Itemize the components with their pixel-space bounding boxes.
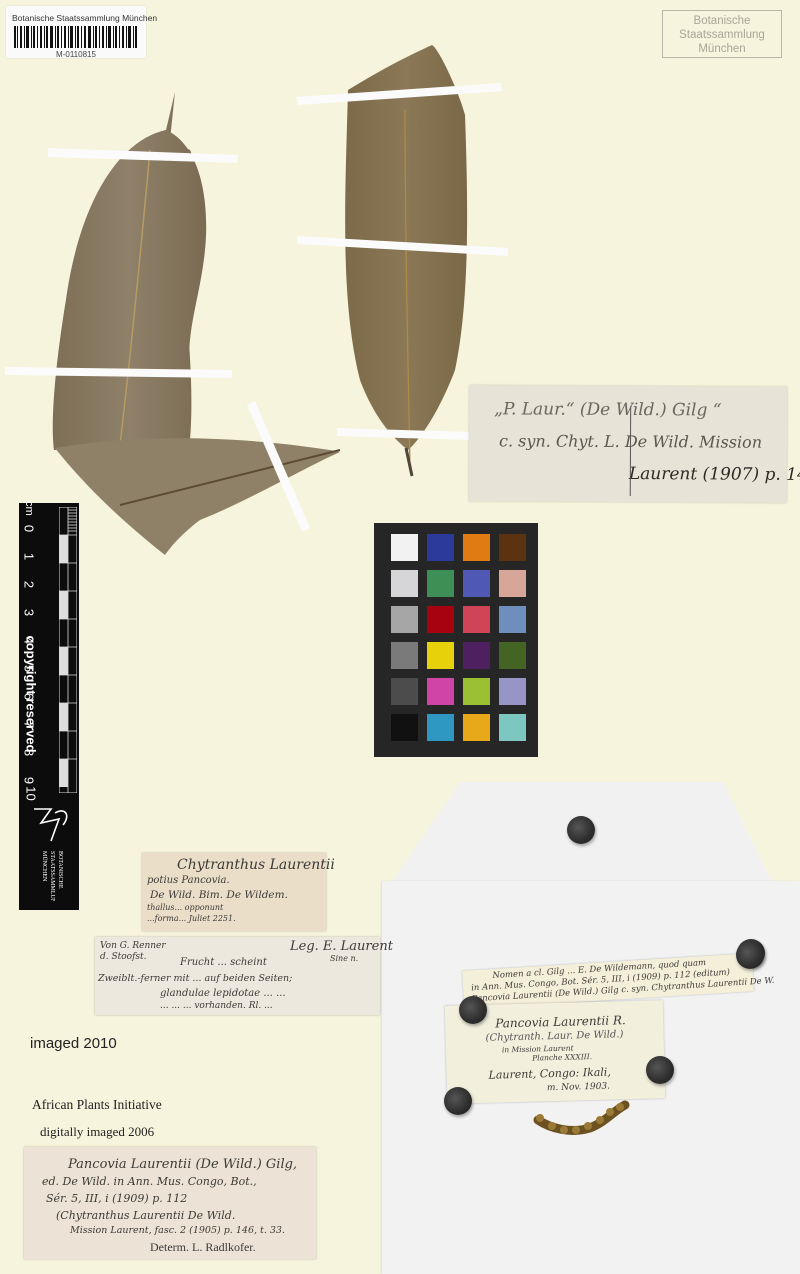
magnet [567,816,595,844]
right-leaf [345,45,467,476]
api-initiative: African Plants Initiative [32,1097,162,1113]
color-swatch [427,678,454,705]
label-line: Laurent, Congo: Ikali, [488,1066,611,1082]
svg-text:STAATSSAMMLUNG: STAATSSAMMLUNG [49,851,55,901]
color-swatch [427,534,454,561]
label-line: ed. De Wild. in Ann. Mus. Congo, Bot., [42,1175,257,1188]
imaged-date: imaged 2010 [30,1035,117,1052]
color-swatch [391,606,418,633]
color-swatch [463,570,490,597]
color-swatch [427,606,454,633]
label-line: Mission Laurent, fasc. 2 (1905) p. 146, … [70,1225,285,1236]
determiner-name: Determ. L. Radlkofer. [150,1240,256,1255]
label-line: Zweiblt.-ferner mit ... auf beiden Seite… [98,973,292,984]
label-line: Chytranthus Laurentii [177,857,335,873]
label-line: Sine n. [330,954,358,963]
bsm-logo-icon: BOTANISCHE STAATSSAMMLUNG MÜNCHEN [29,801,74,901]
label-line: Leg. E. Laurent [290,939,393,954]
color-swatch [463,606,490,633]
svg-text:BOTANISCHE: BOTANISCHE [57,851,63,889]
label-line: Planche XXXIII. [532,1052,592,1063]
label-line: De Wild. Bim. De Wildem. [150,889,288,901]
magnet [444,1087,472,1115]
color-swatch [499,714,526,741]
label-line: Pancovia Laurentii R. [495,1013,626,1030]
ruler-tick: 2 [22,575,37,595]
color-swatch [463,642,490,669]
label-line: Pancovia Laurentii (De Wild.) Gilg, [68,1157,297,1172]
ruler-tick: 1 [22,547,37,567]
label-line: (Chytranth. Laur. De Wild.) [485,1029,623,1044]
magnet [646,1056,674,1084]
chytranthus-label: Chytranthus Laurentii potius Pancovia. D… [142,853,326,931]
label-line: ... ... ... vorhanden. Rl. ... [160,1001,273,1011]
color-swatch [391,714,418,741]
label-line: (Chytranthus Laurentii De Wild. [56,1209,235,1222]
cm-ruler: cm 0 1 2 3 4 5 6 7 8 9 10 copyright rese… [19,503,79,910]
label-line: Von G. Renner [100,941,166,951]
label-line: Frucht ... scheint [180,957,267,968]
magnet [459,996,487,1024]
color-swatch [427,642,454,669]
label-line: thallus... opponunt [147,903,223,912]
ruler-tick: 3 [22,603,37,623]
color-swatch [391,678,418,705]
laurent-label: Von G. Renner d. Stoofst. Leg. E. Lauren… [95,937,380,1015]
color-swatch [463,714,490,741]
label-line: Sér. 5, III, i (1909) p. 112 [46,1192,187,1205]
color-swatch [427,714,454,741]
color-swatch [499,606,526,633]
api-imaged-date: digitally imaged 2006 [40,1124,154,1140]
determination-label: Pancovia Laurentii (De Wild.) Gilg, ed. … [24,1147,316,1259]
ruler-tick: 0 [22,519,37,539]
color-swatch [391,570,418,597]
color-swatch [391,534,418,561]
color-swatch [499,678,526,705]
old-handwritten-label: „P. Laur.“ (De Wild.) Gilg “ c. syn. Chy… [469,385,788,503]
ruler-scale [59,507,77,793]
label-line: glandulae lepidotae ... ... [160,988,286,999]
color-calibration-card [374,523,538,757]
svg-text:MÜNCHEN: MÜNCHEN [41,851,48,882]
magnet [736,941,764,969]
label-line: „P. Laur.“ (De Wild.) Gilg “ [494,399,721,420]
label-line: m. Nov. 1903. [547,1082,610,1094]
label-line: Laurent (1907) p. 146 [629,464,800,485]
label-line: d. Stoofst. [100,952,147,962]
label-line: potius Pancovia. [147,875,230,886]
color-swatch [463,678,490,705]
color-swatch [463,534,490,561]
fruit-fragment [530,1100,630,1150]
color-swatch [499,570,526,597]
color-swatch [499,642,526,669]
copyright-text: copyright reserved [24,636,39,776]
color-swatch [427,570,454,597]
label-line: ...forma... Juliet 2251. [147,914,236,923]
color-swatch [499,534,526,561]
color-swatch [391,642,418,669]
